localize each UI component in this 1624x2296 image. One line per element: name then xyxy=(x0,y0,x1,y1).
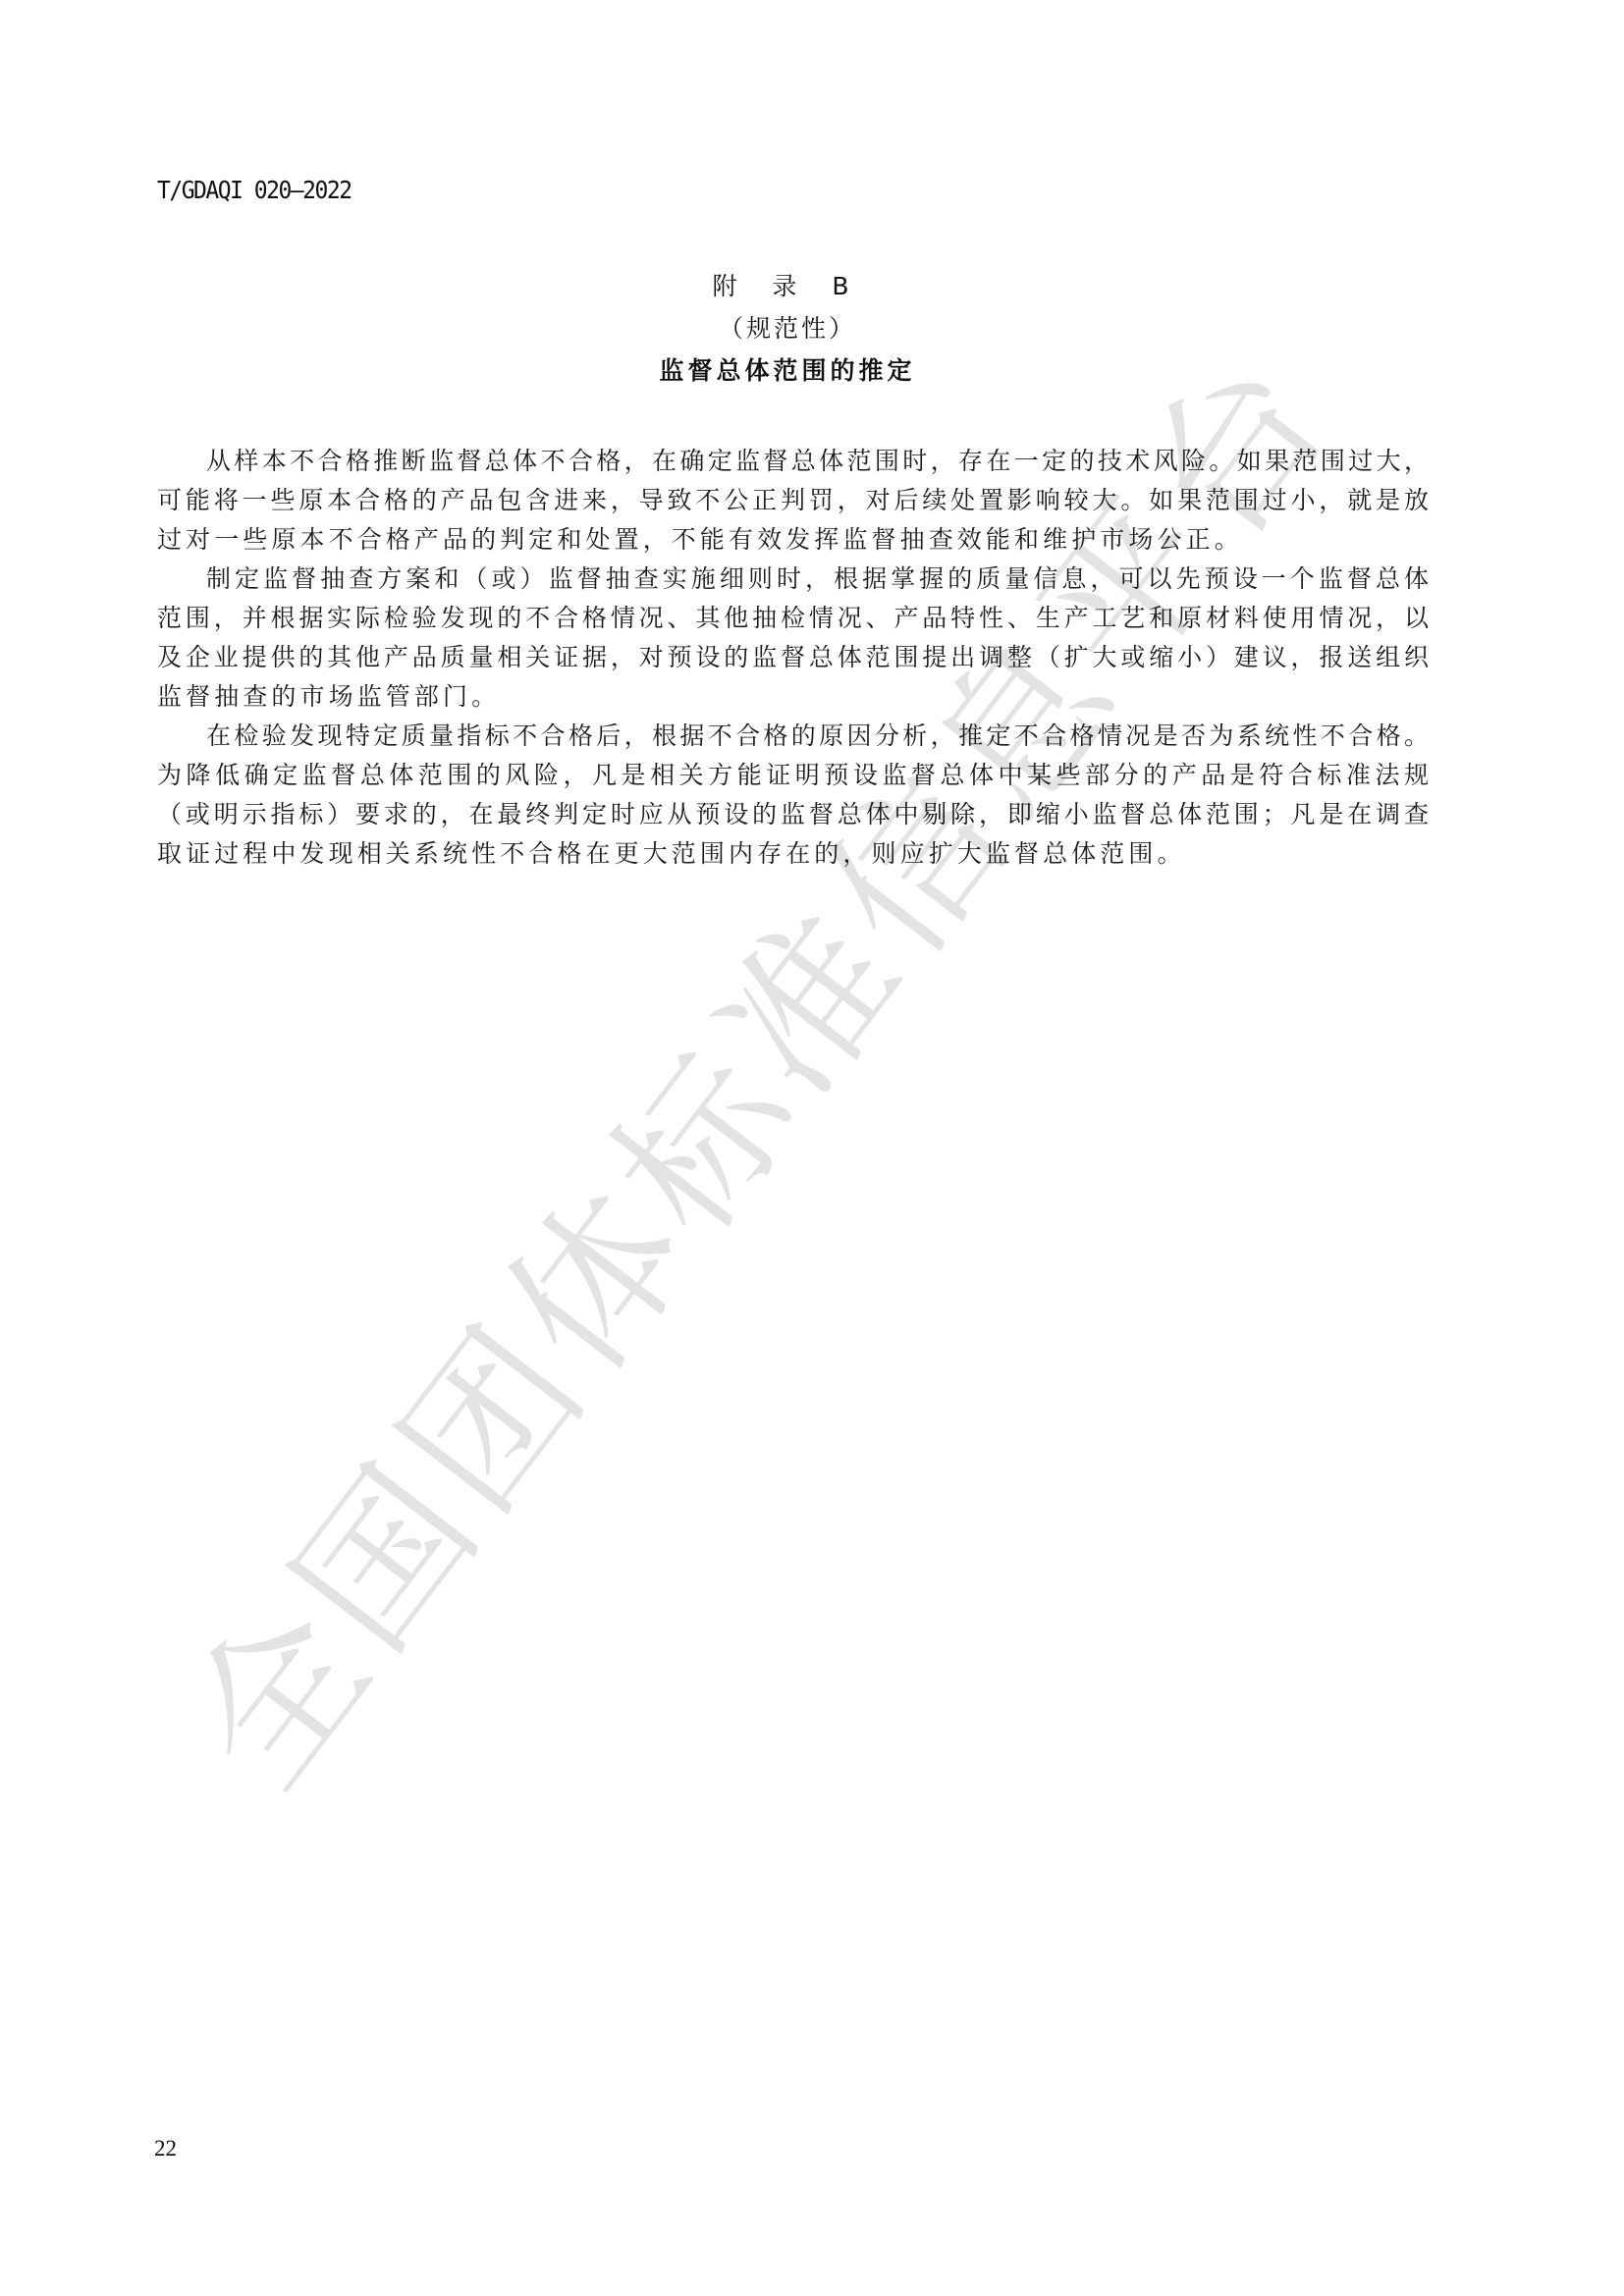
paragraph-line: 制定监督抽查方案和（或）监督抽查实施细则时，根据掌握的质量信息，可以先预设一个监… xyxy=(157,560,1429,599)
paragraph-line: 监督抽查的市场监管部门。 xyxy=(157,677,1429,717)
page-number: 22 xyxy=(154,2136,177,2162)
paragraph-line: 为降低确定监督总体范围的风险，凡是相关方能证明预设监督总体中某些部分的产品是符合… xyxy=(157,756,1429,795)
standard-code-header: T/GDAQI 020—2022 xyxy=(157,177,352,205)
annex-type: （规范性） xyxy=(0,311,1575,353)
annex-title-block: 附 录 B （规范性） 监督总体范围的推定 xyxy=(0,269,1575,396)
paragraph-line: 范围，并根据实际检验发现的不合格情况、其他抽检情况、产品特性、生产工艺和原材料使… xyxy=(157,599,1429,638)
paragraph-2: 制定监督抽查方案和（或）监督抽查实施细则时，根据掌握的质量信息，可以先预设一个监… xyxy=(157,560,1429,717)
paragraph-line: 在检验发现特定质量指标不合格后，根据不合格的原因分析，推定不合格情况是否为系统性… xyxy=(157,717,1429,756)
paragraph-1: 从样本不合格推断监督总体不合格，在确定监督总体范围时，存在一定的技术风险。如果范… xyxy=(157,442,1429,560)
annex-body: 从样本不合格推断监督总体不合格，在确定监督总体范围时，存在一定的技术风险。如果范… xyxy=(157,442,1429,874)
annex-label: 附 录 B xyxy=(0,269,1575,311)
paragraph-3: 在检验发现特定质量指标不合格后，根据不合格的原因分析，推定不合格情况是否为系统性… xyxy=(157,717,1429,874)
paragraph-line: 可能将一些原本合格的产品包含进来，导致不公正判罚，对后续处置影响较大。如果范围过… xyxy=(157,481,1429,520)
paragraph-line: （或明示指标）要求的，在最终判定时应从预设的监督总体中剔除，即缩小监督总体范围；… xyxy=(157,795,1429,834)
paragraph-line: 从样本不合格推断监督总体不合格，在确定监督总体范围时，存在一定的技术风险。如果范… xyxy=(157,442,1429,481)
document-page: 全国团体标准信息平台 T/GDAQI 020—2022 附 录 B （规范性） … xyxy=(0,0,1624,2296)
paragraph-line: 过对一些原本不合格产品的判定和处置，不能有效发挥监督抽查效能和维护市场公正。 xyxy=(157,520,1429,560)
paragraph-line: 取证过程中发现相关系统性不合格在更大范围内存在的，则应扩大监督总体范围。 xyxy=(157,834,1429,874)
paragraph-line: 及企业提供的其他产品质量相关证据，对预设的监督总体范围提出调整（扩大或缩小）建议… xyxy=(157,638,1429,677)
annex-title: 监督总体范围的推定 xyxy=(0,353,1575,396)
